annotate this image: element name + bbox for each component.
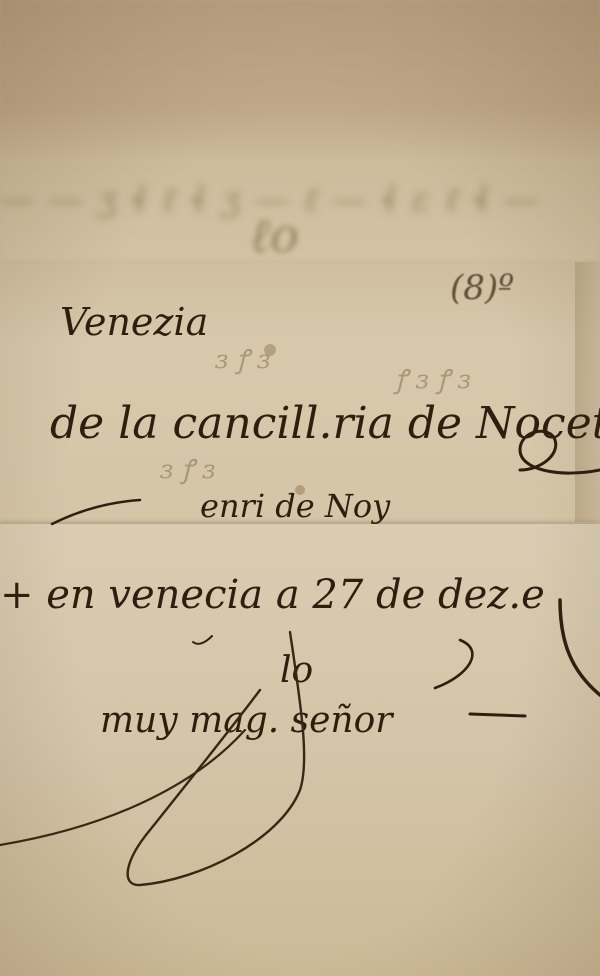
background-sheet xyxy=(0,0,600,270)
bleed-through-text: ɜ ꝭ ɜ xyxy=(215,340,270,376)
handwritten-name-line: enri de Noy xyxy=(200,487,390,525)
bleed-through-text: ɜ ꝭ ɜ xyxy=(160,450,215,486)
manuscript-photo: — — ʒ ɬ ℓ ɬ ʒ — ℓ — ɬ ɛ ℓ ɬ — ℓo ɜ ꝭ ɜ ꝭ… xyxy=(0,0,600,976)
handwritten-salutation: muy mag. señor xyxy=(100,700,392,741)
handwritten-lo: lo xyxy=(280,650,313,691)
blurred-handwriting-mark: ℓo xyxy=(250,208,299,264)
handwritten-date-line: + en venecia a 27 de dez.e xyxy=(0,572,545,618)
handwritten-cancilleria-line: de la cancill.ria de Nocett xyxy=(50,398,600,449)
folio-number: (8)º xyxy=(450,268,514,308)
bleed-through-text: ꝭ ɜ ꝭ ɜ xyxy=(395,360,471,396)
handwritten-venezia: Venezia xyxy=(60,300,208,344)
blurred-handwriting-line: — — ʒ ɬ ℓ ɬ ʒ — ℓ — ɬ ɛ ℓ ɬ — xyxy=(0,180,600,214)
middle-sheet-edge xyxy=(575,262,600,522)
